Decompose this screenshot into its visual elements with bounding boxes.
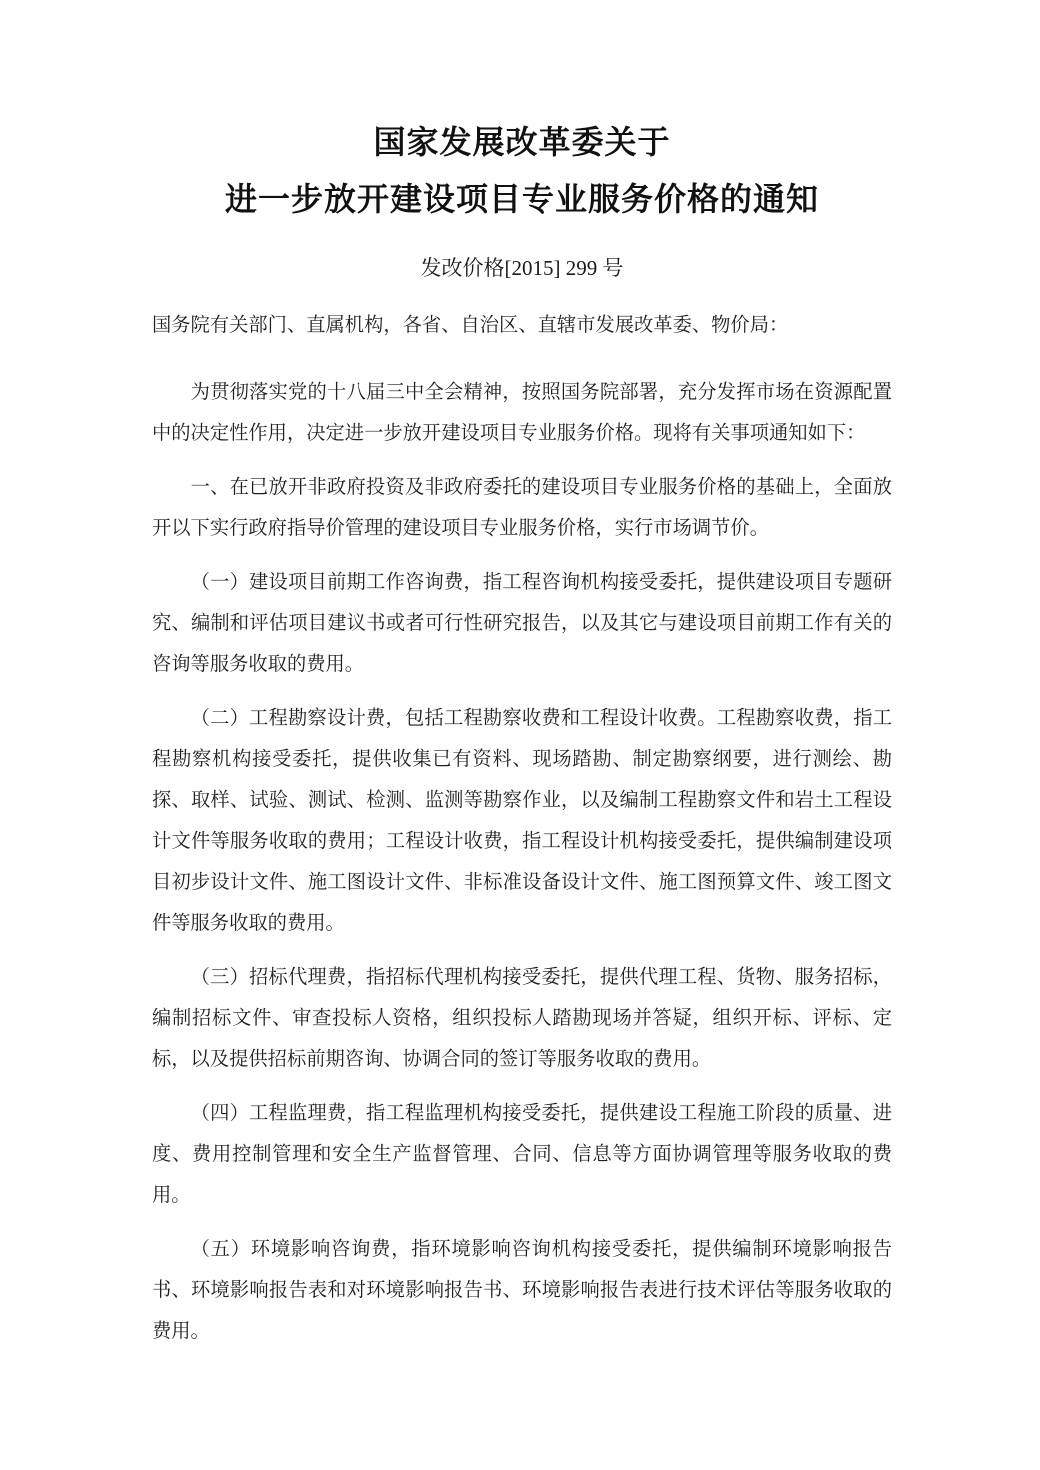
paragraph-preamble: 为贯彻落实党的十八届三中全会精神，按照国务院部署，充分发挥市场在资源配置中的决定… <box>152 372 892 454</box>
document-page: 国家发展改革委关于 进一步放开建设项目专业服务价格的通知 发改价格[2015] … <box>0 0 1040 1470</box>
document-title: 国家发展改革委关于 进一步放开建设项目专业服务价格的通知 <box>152 114 892 228</box>
document-title-line1: 国家发展改革委关于 <box>152 114 892 171</box>
document-body: 国务院有关部门、直属机构，各省、自治区、直辖市发展改革委、物价局： 为贯彻落实党… <box>152 305 892 1352</box>
paragraph-item-5: （五）环境影响咨询费，指环境影响咨询机构接受委托，提供编制环境影响报告书、环境影… <box>152 1229 892 1352</box>
document-content: 国家发展改革委关于 进一步放开建设项目专业服务价格的通知 发改价格[2015] … <box>152 0 892 1352</box>
document-title-line2: 进一步放开建设项目专业服务价格的通知 <box>152 171 892 228</box>
paragraph-item-2: （二）工程勘察设计费，包括工程勘察收费和工程设计收费。工程勘察收费，指工程勘察机… <box>152 698 892 944</box>
paragraph-section-1: 一、在已放开非政府投资及非政府委托的建设项目专业服务价格的基础上，全面放开以下实… <box>152 467 892 549</box>
paragraph-item-4: （四）工程监理费，指工程监理机构接受委托，提供建设工程施工阶段的质量、进度、费用… <box>152 1093 892 1216</box>
document-number: 发改价格[2015] 299 号 <box>152 253 892 283</box>
paragraph-item-1: （一）建设项目前期工作咨询费，指工程咨询机构接受委托，提供建设项目专题研究、编制… <box>152 562 892 685</box>
paragraph-item-3: （三）招标代理费，指招标代理机构接受委托，提供代理工程、货物、服务招标，编制招标… <box>152 957 892 1080</box>
salutation-line: 国务院有关部门、直属机构，各省、自治区、直辖市发展改革委、物价局： <box>152 305 892 346</box>
